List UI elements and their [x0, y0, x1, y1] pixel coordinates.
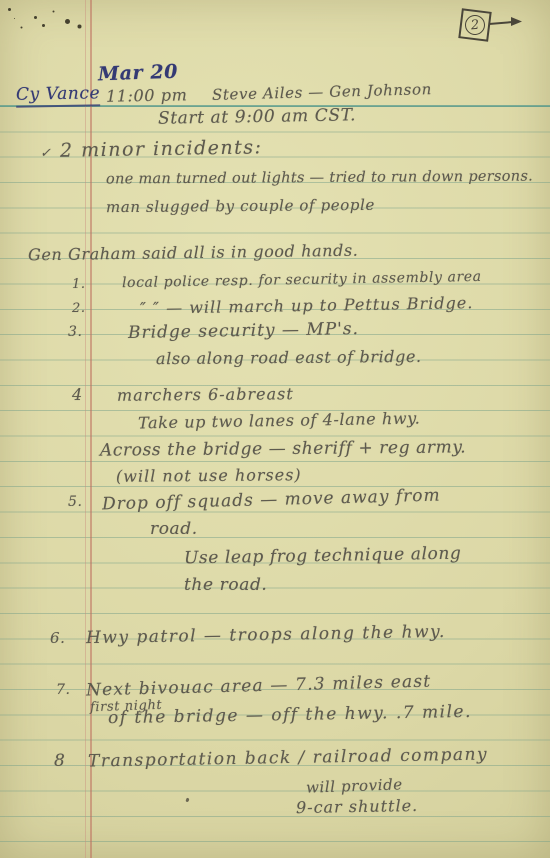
- meeting-time: 11:00 pm: [106, 85, 188, 105]
- item-5-line-1: Drop off squads — move away from: [102, 486, 441, 515]
- incidents-heading: 2 minor incidents:: [60, 136, 263, 162]
- item-4-line-2: Take up two lanes of 4-lane hwy.: [138, 409, 421, 433]
- caller-name: Cy Vance: [16, 83, 101, 107]
- item-7-line-2: of the bridge — off the hwy. .7 mile.: [108, 702, 472, 728]
- arrow-right-icon: [489, 14, 523, 32]
- notepad-page: 2 Mar 20 Cy Vance 11:00 pm Steve Ailes —…: [0, 0, 550, 858]
- incident-detail-1: one man turned out lights — tried to run…: [106, 169, 533, 188]
- participants: Steve Ailes — Gen Johnson: [212, 80, 432, 104]
- ink-specks: [8, 8, 11, 11]
- item-6-number: 6.: [50, 629, 66, 647]
- item-7-number: 7.: [56, 682, 71, 698]
- start-time-note: Start at 9:00 am CST.: [158, 105, 356, 128]
- page-number: 2: [464, 14, 486, 36]
- item-6-line-1: Hwy patrol — troops along the hwy.: [86, 622, 446, 648]
- item-8-line-3: 9-car shuttle.: [296, 796, 418, 817]
- item-2-number: 2.: [72, 301, 86, 316]
- stray-mark: [185, 798, 189, 803]
- check-icon: ✓: [40, 146, 52, 161]
- item-4-number: 4: [72, 385, 83, 404]
- item-4-line-3: Across the bridge — sheriff + reg army.: [100, 437, 466, 460]
- item-5-line-2: road.: [150, 519, 198, 539]
- graham-note: Gen Graham said all is in good hands.: [28, 241, 359, 265]
- item-4-line-1: marchers 6-abreast: [117, 384, 294, 405]
- item-7-line-1: Next bivouac area — 7.3 miles east: [86, 671, 432, 700]
- item-3-line-2: also along road east of bridge.: [156, 347, 422, 368]
- date-ink: Mar 20: [98, 61, 179, 86]
- incident-detail-2: man slugged by couple of people: [106, 196, 375, 216]
- item-1-line-1: local police resp. for security in assem…: [122, 269, 482, 291]
- item-5-number: 5.: [68, 494, 83, 510]
- margin-line-inner: [90, 0, 92, 858]
- item-8-line-1: Transportation back / railroad company: [88, 745, 488, 772]
- item-1-number: 1.: [72, 277, 86, 292]
- margin-line-outer: [85, 0, 86, 858]
- item-3-number: 3.: [68, 324, 83, 340]
- item-2-line-1: ″ ″ — will march up to Pettus Bridge.: [140, 293, 474, 318]
- item-8-number: 8: [54, 751, 65, 771]
- page-number-box: 2: [458, 8, 491, 41]
- item-3-line-1: Bridge security — MP's.: [128, 319, 359, 343]
- item-8-line-2: will provide: [306, 775, 403, 796]
- item-4-line-4: (will not use horses): [116, 465, 302, 486]
- item-5-line-3: Use leap frog technique along: [184, 544, 462, 569]
- item-5-line-4: the road.: [184, 575, 267, 595]
